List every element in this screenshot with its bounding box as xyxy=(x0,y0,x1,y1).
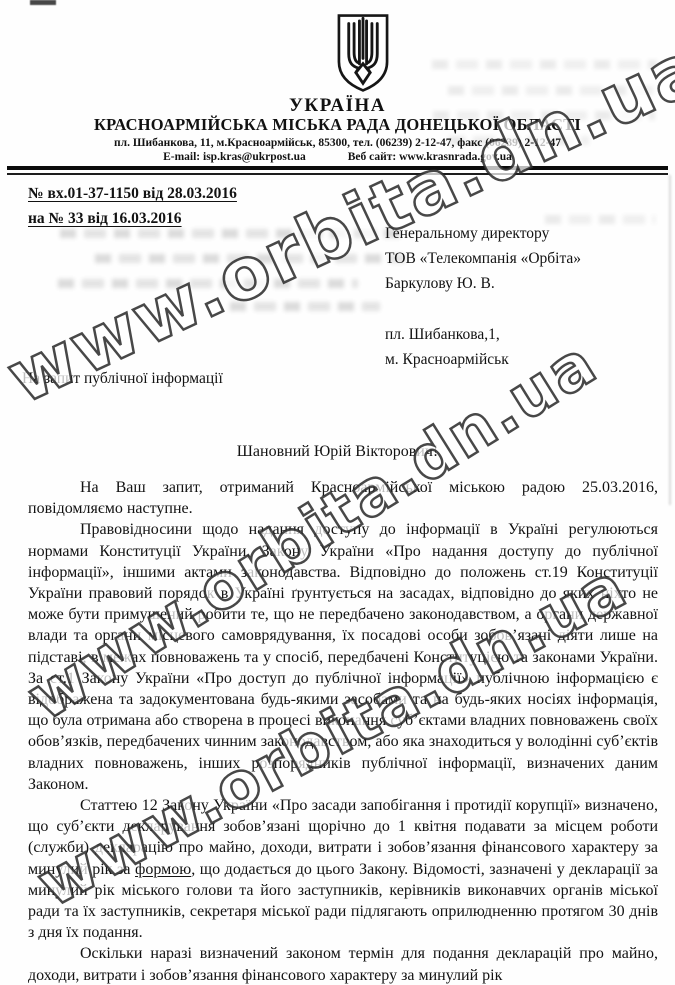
bleedthrough-line xyxy=(448,86,653,95)
recipient-line: Генеральному директору xyxy=(385,221,581,246)
salutation: Шановний Юрій Вікторович! xyxy=(0,443,675,461)
letterhead-divider xyxy=(7,166,668,175)
paragraph-text: Правовідносини щодо надання доступу до і… xyxy=(28,521,658,792)
incoming-number: № вх.01-37-1150 від 28.03.2016 xyxy=(28,181,237,206)
bleedthrough-line xyxy=(230,302,380,311)
body-paragraphs: На Ваш запит, отриманий Красноармійської… xyxy=(28,477,658,985)
organization-contacts: E-mail: isp.kras@ukrpost.uaВеб сайт: www… xyxy=(0,151,675,163)
bleedthrough-line xyxy=(58,279,358,288)
body-paragraph: Правовідносини щодо надання доступу до і… xyxy=(28,519,658,795)
recipient-line: Баркулову Ю. В. xyxy=(385,271,581,296)
bleedthrough-line xyxy=(95,254,405,263)
spacer xyxy=(385,296,581,322)
body-paragraph: Статтею 12 Закону України «Про засади за… xyxy=(28,795,658,943)
body-paragraph: На Ваш запит, отриманий Красноармійської… xyxy=(28,477,658,519)
bleedthrough-line xyxy=(432,60,657,69)
subject-line: На запит публічної інформації xyxy=(22,370,223,388)
reference-block: № вх.01-37-1150 від 28.03.2016 на № 33 в… xyxy=(28,181,237,231)
bleedthrough-line xyxy=(449,136,589,145)
scan-smudge xyxy=(30,0,56,5)
recipient-address-line: м. Красноармійськ xyxy=(385,347,581,372)
ukraine-trident-emblem-icon xyxy=(331,12,395,94)
email-label: E-mail: isp.kras@ukrpost.ua xyxy=(163,151,306,163)
reply-to-number: на № 33 від 16.03.2016 xyxy=(28,206,237,231)
recipient-block: Генеральному директору ТОВ «Телекомпанія… xyxy=(385,221,581,372)
body-paragraph: Оскільки наразі визначений законом термі… xyxy=(28,943,658,985)
website-label: Веб сайт: www.krasnrada.gov.ua xyxy=(348,151,512,163)
bleedthrough-line xyxy=(433,111,655,120)
scanned-letter-page: УКРАЇНА КРАСНОАРМІЙСЬКА МІСЬКА РАДА ДОНЕ… xyxy=(0,0,675,985)
recipient-line: ТОВ «Телекомпанія «Орбіта» xyxy=(385,246,581,271)
underlined-term: формою xyxy=(135,861,191,878)
paragraph-text: Оскільки наразі визначений законом термі… xyxy=(28,945,658,983)
paragraph-text: На Ваш запит, отриманий Красноармійської… xyxy=(28,479,658,517)
recipient-address-line: пл. Шибанкова,1, xyxy=(385,322,581,347)
